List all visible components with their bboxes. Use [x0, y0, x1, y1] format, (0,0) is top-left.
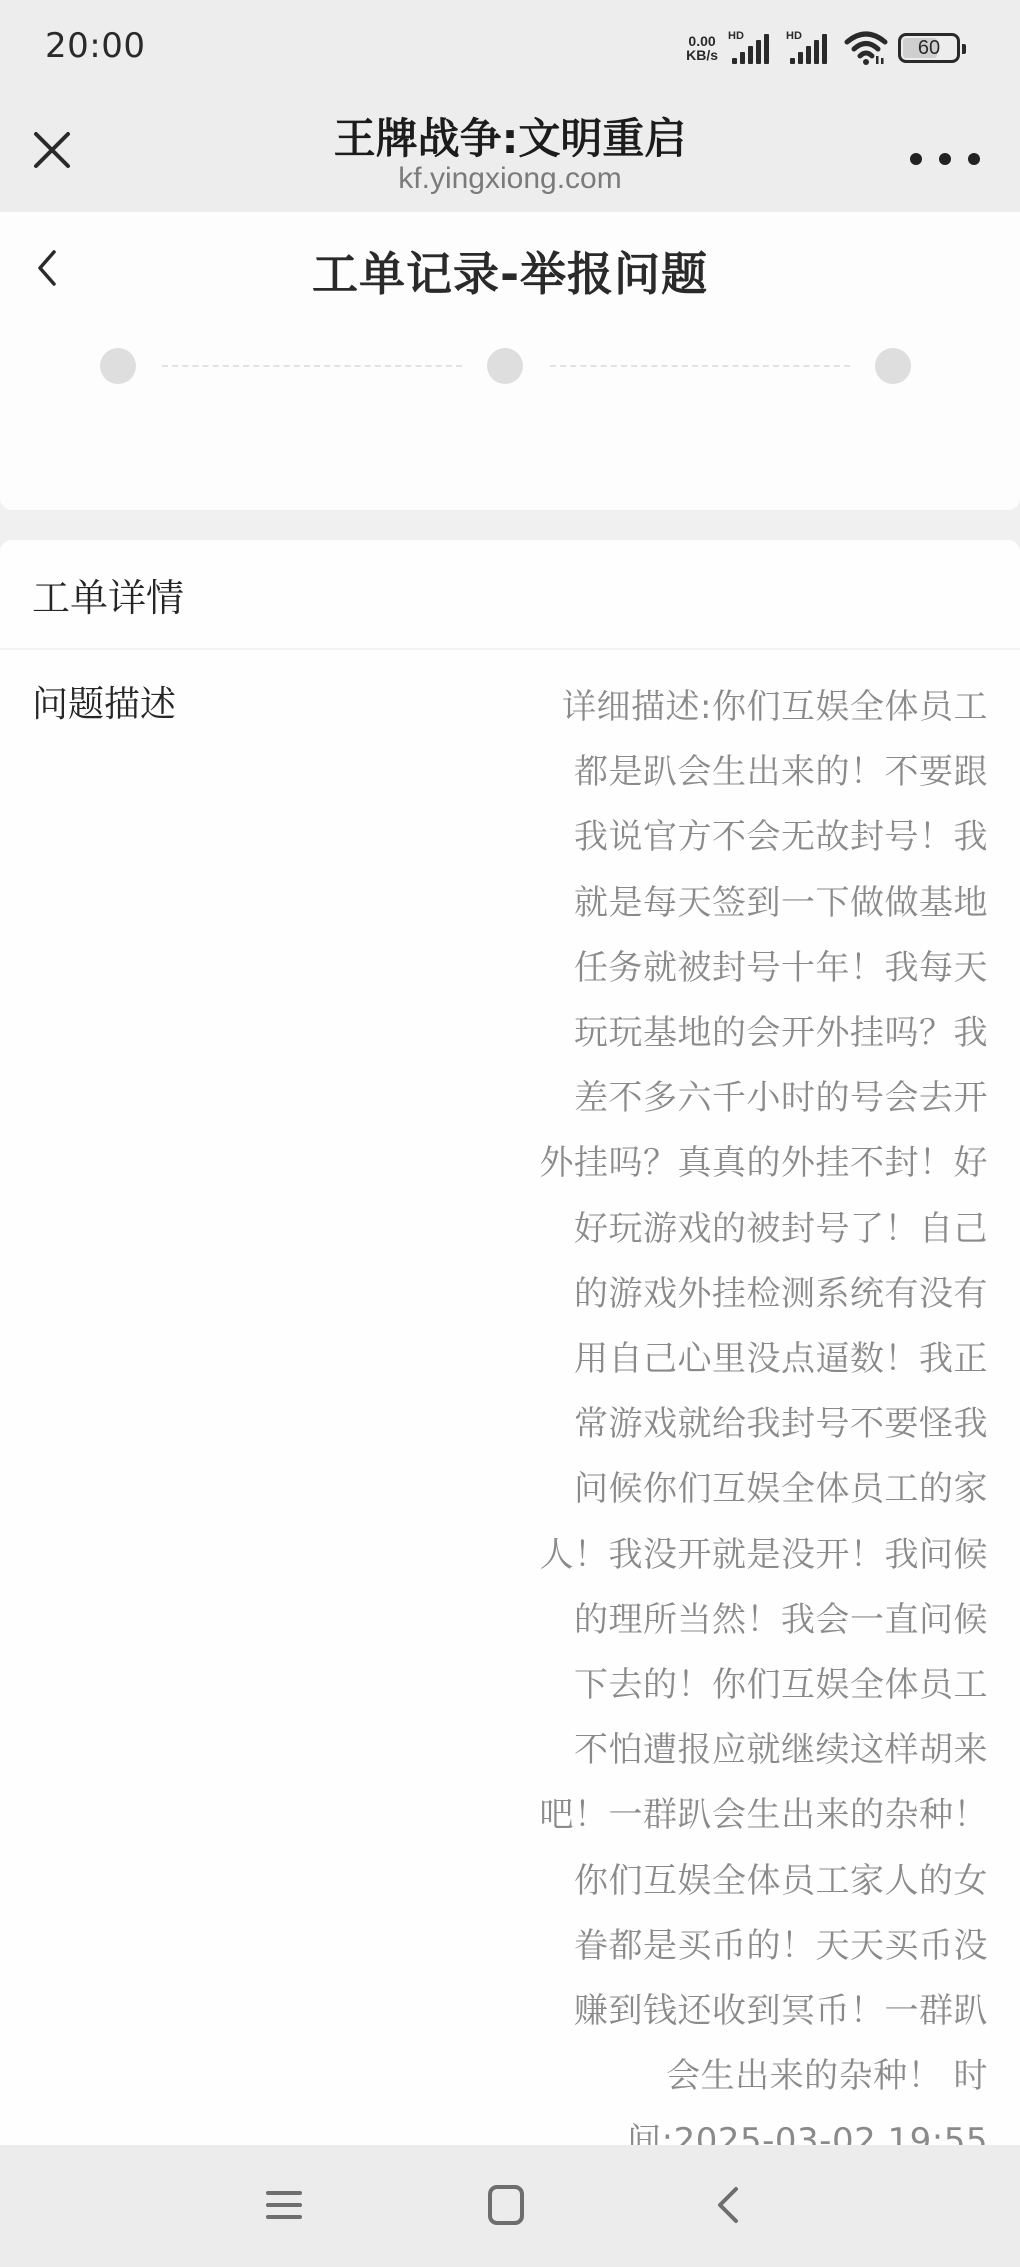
progress-connector — [162, 365, 462, 367]
progress-step-3 — [875, 348, 911, 384]
ticket-details-card: 工单详情 问题描述 详细描述:你们互娱全体员工 都是趴会生出来的！不要跟 我说官… — [0, 540, 1020, 2150]
wifi-icon — [844, 30, 888, 66]
more-horizontal-icon — [910, 153, 922, 165]
more-options-button[interactable] — [910, 144, 980, 174]
webview-titlebar: 王牌战争:文明重启 kf.yingxiong.com — [0, 66, 1020, 212]
cellular-signal-icon: HD — [728, 30, 776, 66]
description-line: 详细描述:你们互娱全体员工 — [498, 675, 988, 740]
detail-label: 问题描述 — [32, 676, 176, 727]
page-title: 工单记录-举报问题 — [0, 238, 1020, 304]
description-line: 外挂吗？真真的外挂不封！好 — [498, 1131, 988, 1196]
detail-value-description: 详细描述:你们互娱全体员工 都是趴会生出来的！不要跟 我说官方不会无故封号！我 … — [498, 675, 988, 2175]
description-line: 我说官方不会无故封号！我 — [498, 805, 988, 870]
status-time: 20:00 — [45, 26, 145, 66]
description-line: 不怕遭报应就继续这样胡来 — [498, 1718, 988, 1783]
system-navigation-bar — [0, 2145, 1020, 2267]
description-line: 差不多六千小时的号会去开 — [498, 1066, 988, 1131]
description-line: 玩玩基地的会开外挂吗？我 — [498, 1001, 988, 1066]
description-line: 你们互娱全体员工家人的女 — [498, 1849, 988, 1914]
progress-step-1 — [100, 348, 136, 384]
description-line: 会生出来的杂种！ 时 — [498, 2044, 988, 2109]
description-line: 下去的！你们互娱全体员工 — [498, 1653, 988, 1718]
page-header: 工单记录-举报问题 — [0, 212, 1020, 320]
menu-icon[interactable] — [262, 2183, 306, 2227]
description-line: 就是每天签到一下做做基地 — [498, 871, 988, 936]
progress-step-2 — [487, 348, 523, 384]
description-line: 好玩游戏的被封号了！自己 — [498, 1197, 988, 1262]
progress-connector — [550, 365, 850, 367]
description-line: 人！我没开就是没开！我问候 — [498, 1523, 988, 1588]
back-chevron-icon[interactable] — [708, 2183, 752, 2227]
cellular-signal-icon: HD — [786, 30, 834, 66]
description-line: 吧！一群趴会生出来的杂种！ — [498, 1783, 988, 1848]
status-icons: 0.00 KB/s HD HD 60 — [686, 30, 960, 66]
description-line: 常游戏就给我封号不要怪我 — [498, 1392, 988, 1457]
battery-level: 60 — [918, 37, 940, 60]
ticket-details-heading: 工单详情 — [0, 540, 1020, 650]
network-speed: 0.00 KB/s — [686, 34, 718, 62]
description-line: 任务就被封号十年！我每天 — [498, 936, 988, 1001]
description-line: 的游戏外挂检测系统有没有 — [498, 1262, 988, 1327]
network-speed-value: 0.00 — [688, 34, 715, 48]
status-bar: 20:00 0.00 KB/s HD HD 60 — [0, 0, 1020, 66]
description-line: 赚到钱还收到冥币！一群趴 — [498, 1979, 988, 2044]
webview-title: 王牌战争:文明重启 — [0, 106, 1020, 166]
description-line: 用自己心里没点逼数！我正 — [498, 1327, 988, 1392]
description-line: 的理所当然！我会一直问候 — [498, 1588, 988, 1653]
webview-url: kf.yingxiong.com — [0, 162, 1020, 196]
network-speed-unit: KB/s — [686, 48, 718, 62]
description-line: 眷都是买币的！天天买币没 — [498, 1914, 988, 1979]
ticket-progress-stepper — [0, 320, 1020, 510]
description-line: 都是趴会生出来的！不要跟 — [498, 740, 988, 805]
description-line: 问候你们互娱全体员工的家 — [498, 1457, 988, 1522]
battery-icon: 60 — [898, 33, 960, 63]
home-square-icon[interactable] — [484, 2183, 528, 2227]
